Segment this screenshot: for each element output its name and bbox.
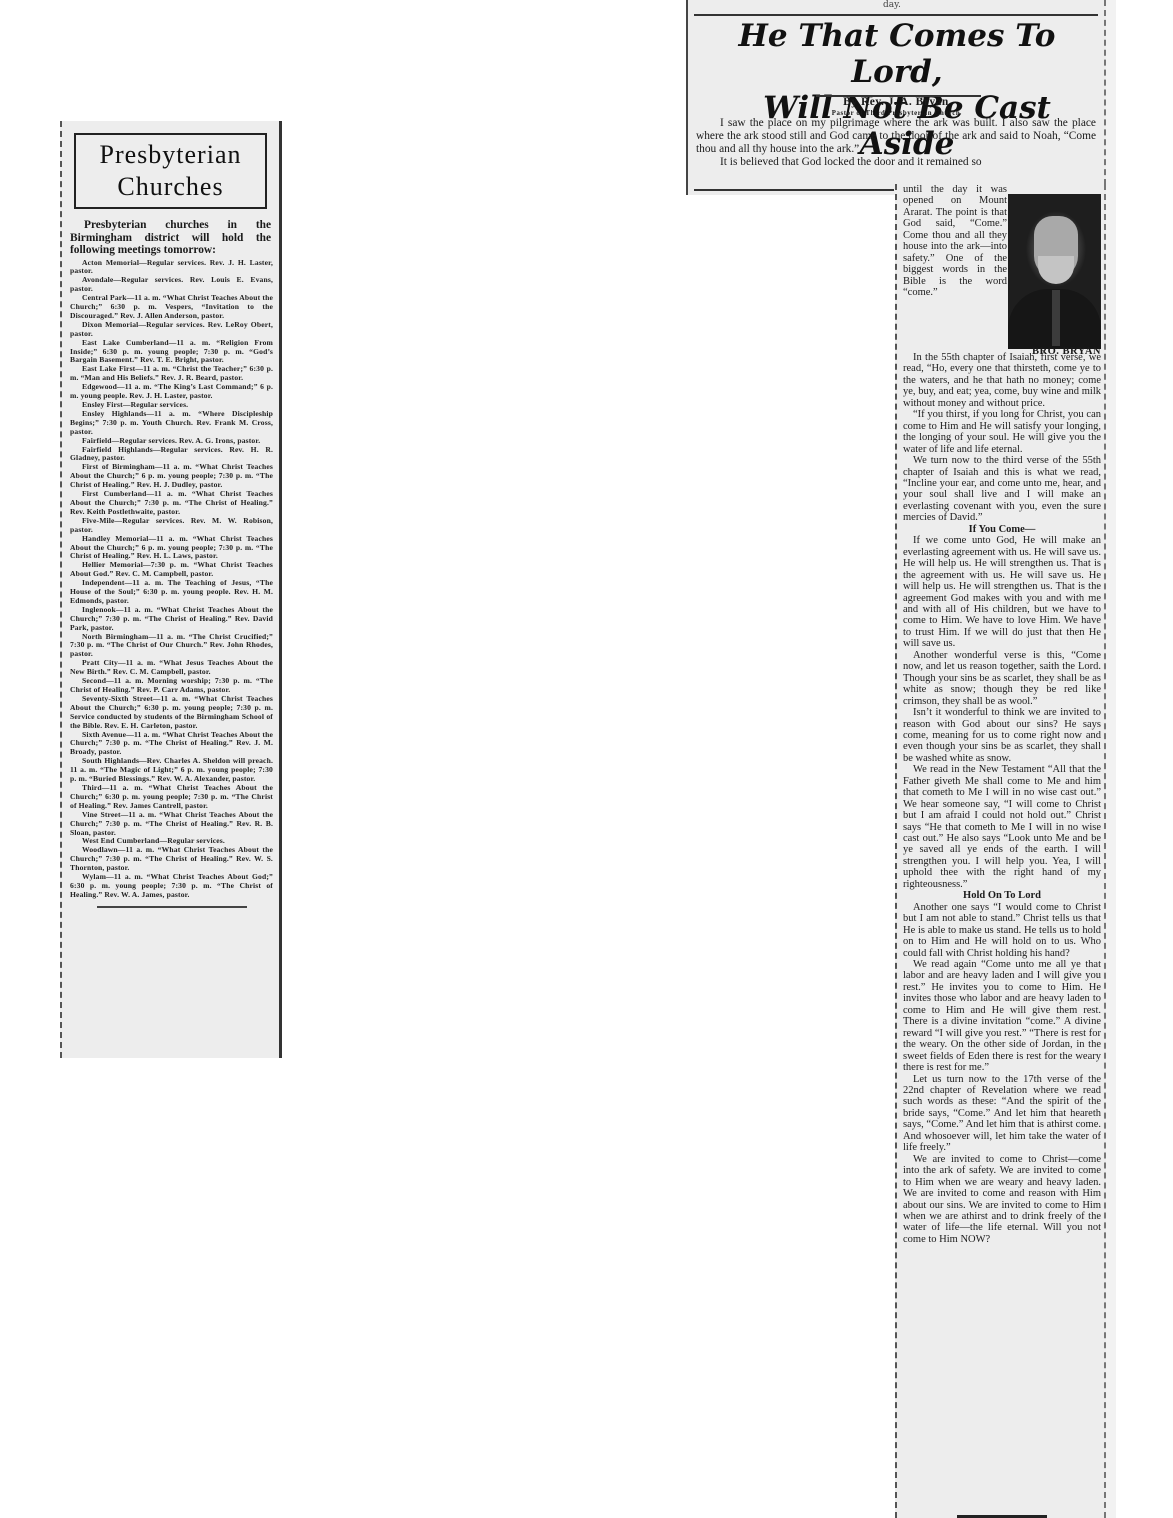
- section-rule: [694, 189, 894, 191]
- photo-beard: [1038, 256, 1074, 284]
- church-entry: South Highlands—Rev. Charles A. Sheldon …: [70, 757, 273, 784]
- church-entry: Seventy-Sixth Street—11 a. m. “What Chri…: [70, 695, 273, 731]
- body-paragraph: We are invited to come to Christ—come in…: [903, 1154, 1101, 1246]
- body-paragraph: “If you thirst, if you long for Christ, …: [903, 409, 1101, 455]
- clipping-title-line-2: Churches: [76, 171, 265, 203]
- church-listing: Acton Memorial—Regular services. Rev. J.…: [70, 259, 273, 900]
- article-header-section: day. He That Comes To Lord, Will Not Be …: [686, 0, 1106, 195]
- lead-paragraph: I saw the place on my pilgrimage where t…: [696, 117, 1096, 156]
- photo-wrap-text: until the day it was opened on Mount Ara…: [903, 184, 1007, 299]
- author-photo: [1008, 194, 1101, 349]
- church-entry: Handley Memorial—11 a. m. “What Christ T…: [70, 535, 273, 562]
- byline: By Rev. J. A. Bryan: [688, 96, 1104, 108]
- church-entry: Vine Street—11 a. m. “What Christ Teache…: [70, 811, 273, 838]
- wrap-paragraph: until the day it was opened on Mount Ara…: [903, 184, 1007, 299]
- church-entry: Third—11 a. m. “What Christ Teaches Abou…: [70, 784, 273, 811]
- subheading: If You Come—: [903, 524, 1101, 535]
- lead-text: I saw the place on my pilgrimage where t…: [696, 117, 1096, 169]
- body-paragraph: In the 55th chapter of Isaiah, first ver…: [903, 352, 1101, 409]
- body-paragraph: Isn’t it wonderful to think we are invit…: [903, 707, 1101, 764]
- church-entry: First of Birmingham—11 a. m. “What Chris…: [70, 463, 273, 490]
- clipping-title-box: Presbyterian Churches: [74, 133, 267, 209]
- body-paragraph: We read in the New Testament “All that t…: [903, 764, 1101, 890]
- article-body: In the 55th chapter of Isaiah, first ver…: [903, 352, 1101, 1245]
- clipping-intro: Presbyterian churches in the Birmingham …: [70, 219, 271, 257]
- article-body-column: until the day it was opened on Mount Ara…: [895, 184, 1106, 1518]
- church-entry: Five-Mile—Regular services. Rev. M. W. R…: [70, 517, 273, 535]
- presbyterian-churches-clipping: Presbyterian Churches Presbyterian churc…: [60, 121, 282, 1058]
- photo-tie: [1052, 290, 1060, 346]
- church-entry: North Birmingham—11 a. m. “The Christ Cr…: [70, 633, 273, 660]
- body-paragraph: Let us turn now to the 17th verse of the…: [903, 1074, 1101, 1154]
- church-entry: Avondale—Regular services. Rev. Louis E.…: [70, 276, 273, 294]
- byline-title: Pastor of Third Presbyterian Church: [688, 110, 1104, 117]
- body-paragraph: Another one says “I would come to Christ…: [903, 902, 1101, 959]
- church-entry: Woodlawn—11 a. m. “What Christ Teaches A…: [70, 846, 273, 873]
- lead-paragraph: It is believed that God locked the door …: [696, 156, 1096, 169]
- church-entry: Wylam—11 a. m. “What Christ Teaches Abou…: [70, 873, 273, 900]
- church-entry: East Lake First—11 a. m. “Christ the Tea…: [70, 365, 273, 383]
- church-entry: Sixth Avenue—11 a. m. “What Christ Teach…: [70, 731, 273, 758]
- church-entry: Inglenook—11 a. m. “What Christ Teaches …: [70, 606, 273, 633]
- adjacent-column-edge: [1106, 0, 1116, 1518]
- church-entry: Central Park—11 a. m. “What Christ Teach…: [70, 294, 273, 321]
- church-entry: Second—11 a. m. Morning worship; 7:30 p.…: [70, 677, 273, 695]
- church-entry: Acton Memorial—Regular services. Rev. J.…: [70, 259, 273, 277]
- clipping-title-line-1: Presbyterian: [76, 139, 265, 171]
- headline-line-1: He That Comes To Lord,: [696, 18, 1098, 90]
- church-entry: First Cumberland—11 a. m. “What Christ T…: [70, 490, 273, 517]
- church-entry: Fairfield Highlands—Regular services. Re…: [70, 446, 273, 464]
- church-entry: Dixon Memorial—Regular services. Rev. Le…: [70, 321, 273, 339]
- top-rule: [694, 14, 1098, 16]
- subheading: Hold On To Lord: [903, 890, 1101, 901]
- body-paragraph: If we come unto God, He will make an eve…: [903, 535, 1101, 650]
- church-entry: Edgewood—11 a. m. “The King’s Last Comma…: [70, 383, 273, 401]
- church-entry: Pratt City—11 a. m. “What Jesus Teaches …: [70, 659, 273, 677]
- body-paragraph: We read again “Come unto me all ye that …: [903, 959, 1101, 1074]
- church-entry: Ensley Highlands—11 a. m. “Where Discipl…: [70, 410, 273, 437]
- cut-off-text: day.: [883, 0, 901, 10]
- end-rule: [97, 906, 247, 908]
- body-paragraph: We turn now to the third verse of the 55…: [903, 455, 1101, 524]
- body-paragraph: Another wonderful verse is this, “Come n…: [903, 650, 1101, 707]
- church-entry: Independent—11 a. m. The Teaching of Jes…: [70, 579, 273, 606]
- church-entry: Hellier Memorial—7:30 p. m. “What Christ…: [70, 561, 273, 579]
- church-entry: East Lake Cumberland—11 a. m. “Religion …: [70, 339, 273, 366]
